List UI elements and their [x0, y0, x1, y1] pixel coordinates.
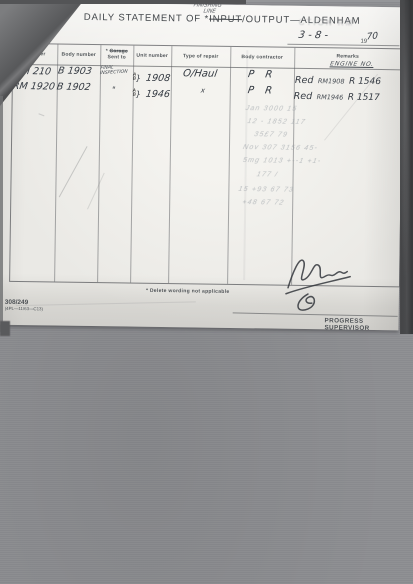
row2-unit-brace: } [136, 90, 141, 99]
ghost-line: +48 67 72 [241, 199, 285, 207]
header-unit-number: Unit number [133, 53, 171, 60]
row2-unit-value: 1946 [144, 89, 170, 100]
row2-unit-number: AB} 1946 [133, 84, 170, 103]
form-number-block: 308/249 (4PL—11/63—C13) [5, 299, 43, 312]
header-type-of-repair: Type of repair [171, 53, 230, 60]
column-divider [54, 45, 58, 282]
header-sent-to: Sent to [108, 54, 126, 60]
row2-body-number: B 1902 [56, 82, 91, 93]
row1-unit-brace: } [136, 74, 141, 83]
ghost-line: 177 / [256, 171, 279, 178]
header-garage-sent-to: * Garage Sent to [100, 48, 133, 60]
progress-supervisor-label: PROGRESS SUPERVISOR [324, 317, 398, 332]
header-remarks: Remarks [294, 53, 401, 60]
scan-top-edge-light [246, 0, 413, 2]
ghost-line: 12 - 1852 117 [247, 118, 307, 126]
engine-no-annotation: ENGINE NO. [330, 60, 401, 68]
date-year-handwritten: 70 [367, 31, 379, 43]
row2-remarks-engine: R 1517 [348, 93, 380, 103]
signature [284, 252, 363, 317]
date-underline [287, 44, 399, 47]
ghost-line: Nov 307 3156 45- [242, 144, 318, 152]
row1-body-contractor: P R [247, 69, 277, 80]
row2-body-contractor: P R [247, 85, 277, 96]
ghost-line: 35£7 79 [253, 131, 288, 138]
row1-remarks-fleet: RM1908 [318, 77, 345, 85]
scan-top-edge [0, 0, 246, 4]
scan-left-edge [0, 96, 3, 332]
row2-fleet-number: RM 1920 [12, 81, 56, 93]
column-divider [97, 45, 101, 282]
scanned-document-screenshot: { "doc": { "title": { "prefix": "DAILY S… [0, 0, 413, 584]
column-divider [227, 47, 231, 284]
delete-wording-footnote: * Delete wording not applicable [146, 288, 230, 295]
title-deleted-word: INPUT [209, 14, 242, 25]
row2-remarks-word: Red [294, 91, 313, 102]
row2-remarks: Red RM1946 R 1517 [294, 86, 380, 105]
row1-unit-value: 1908 [145, 73, 171, 84]
row1-remarks-word: Red [295, 75, 314, 86]
row1-type-of-repair: O/Haul [182, 68, 218, 79]
header-body-number: Body number [57, 52, 100, 59]
ghost-line: Jan 3000 15 [245, 105, 298, 113]
form-code: (4PL—11/63—C13) [5, 306, 43, 312]
row1-sent-to: FINAL INSPECTION [99, 65, 128, 77]
date-handwritten: 3 - 8 - [298, 30, 329, 41]
ghost-bleedthrough-title: CTION RM [299, 18, 355, 28]
title-prefix: DAILY STATEMENT OF [84, 12, 205, 25]
header-body-contractor: Body contractor [230, 54, 294, 61]
ghost-line: 5mg 1013 +--1 +1- [242, 157, 322, 165]
paper-form: FINISHING LINE DAILY STATEMENT OF *INPUT… [0, 2, 403, 331]
row2-remarks-fleet: RM1946 [317, 93, 344, 101]
row1-body-number: B 1903 [57, 66, 92, 77]
scan-right-edge [400, 0, 413, 334]
row1-remarks-engine: R 1546 [349, 77, 381, 87]
scan-bottom-notch [0, 321, 10, 336]
